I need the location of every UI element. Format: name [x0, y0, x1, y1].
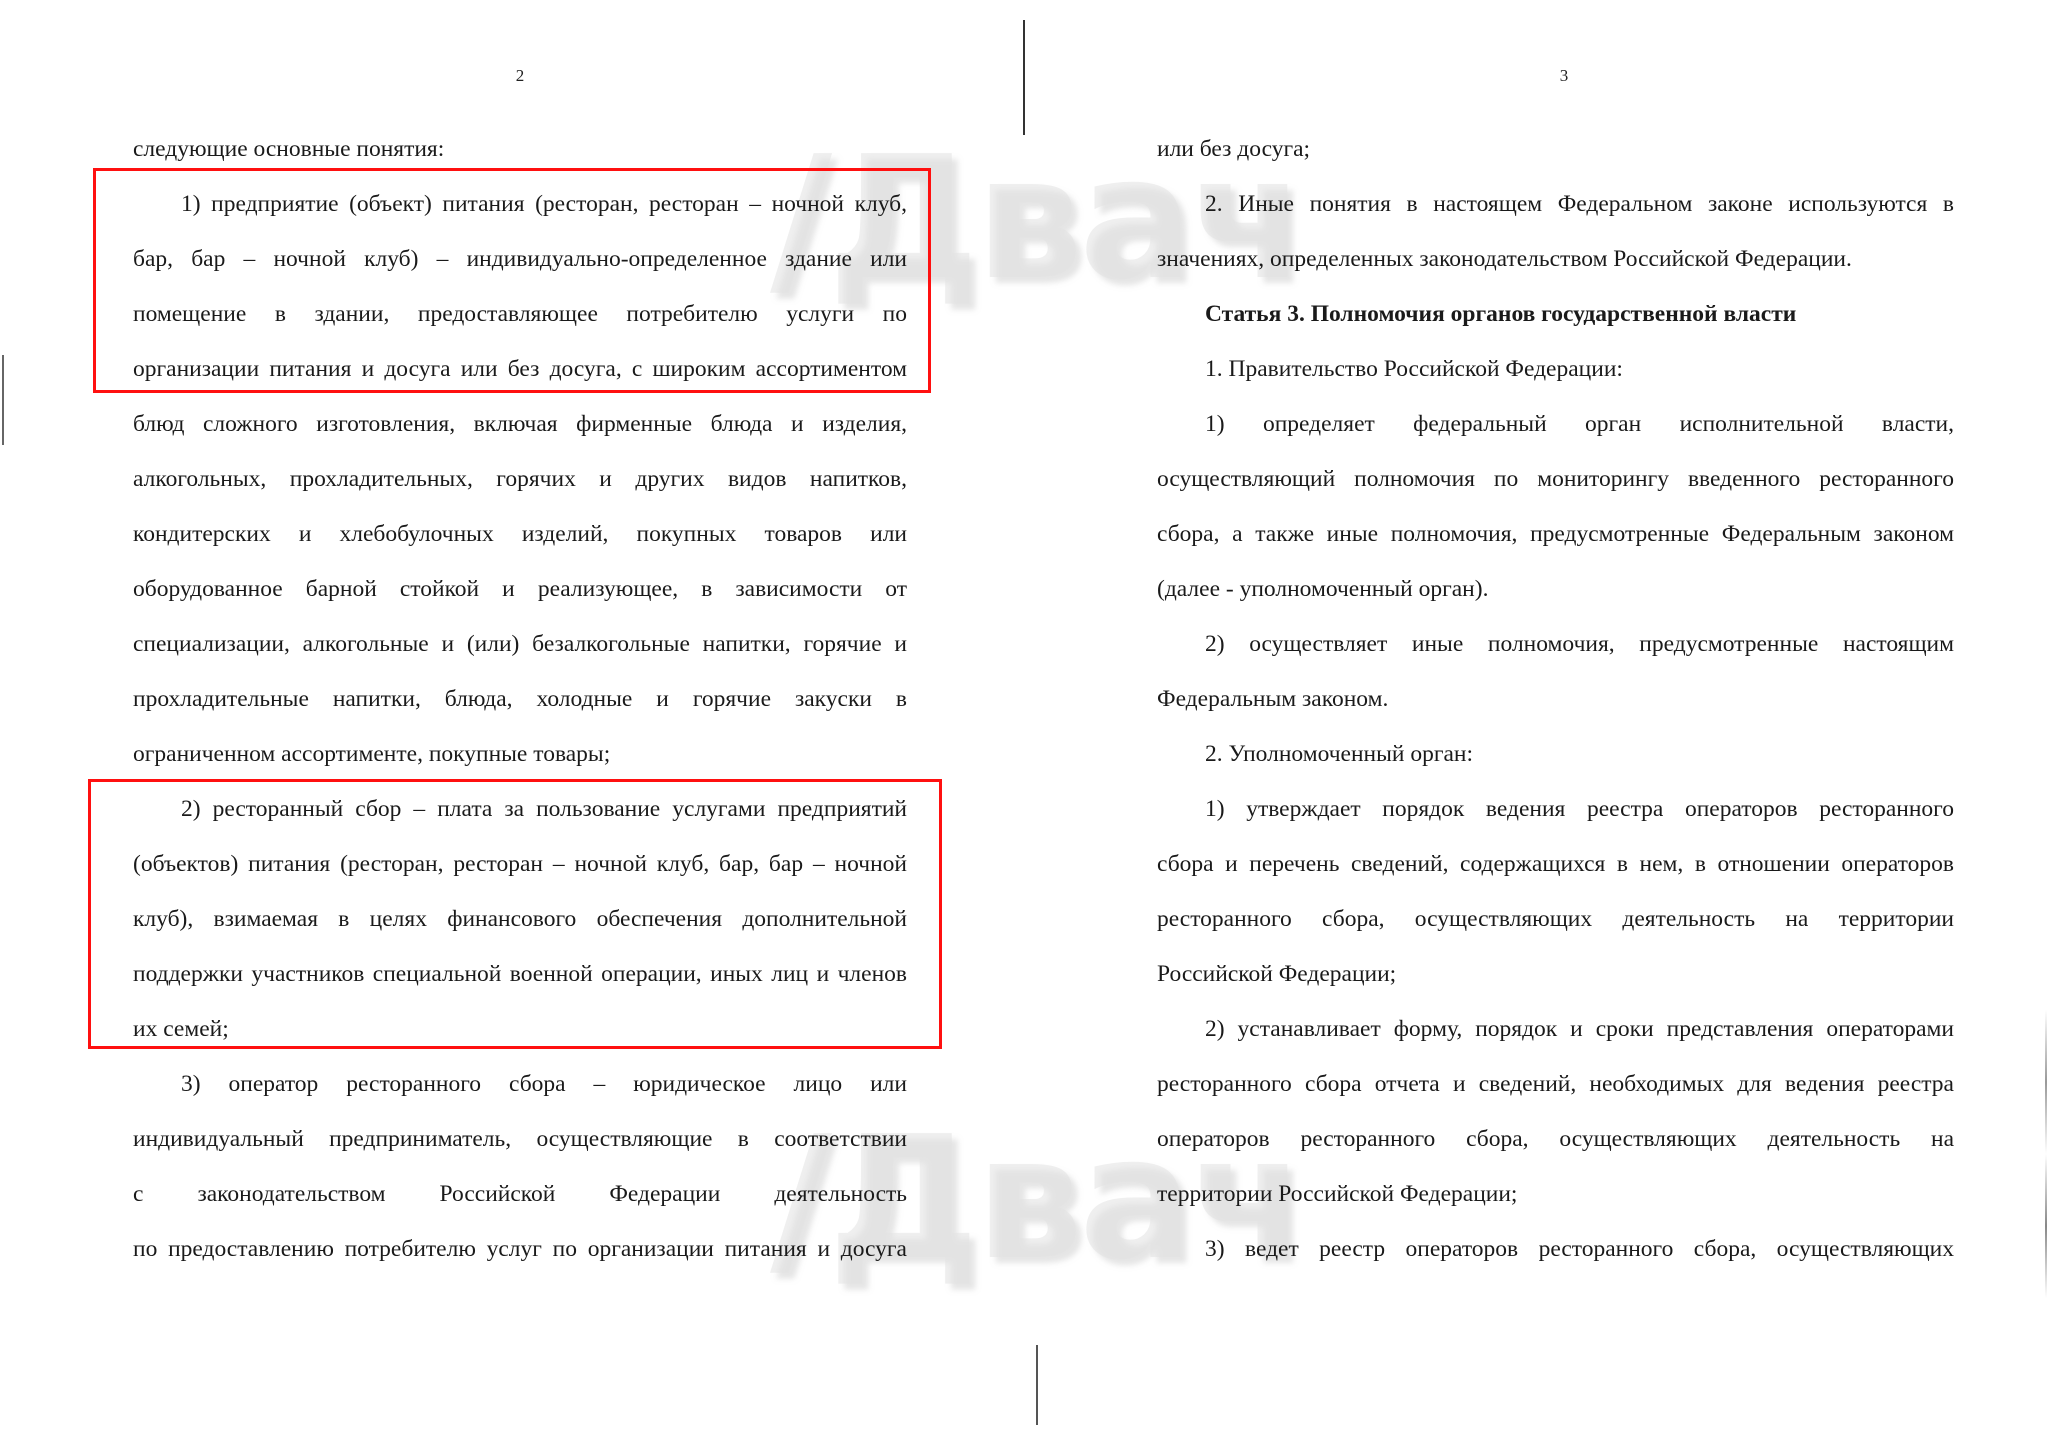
text-line: или без досуга; [1157, 122, 1954, 177]
text-line: по предоставлению потребителю услуг по о… [133, 1222, 907, 1277]
text-line: специализации, алкогольные и (или) безал… [133, 617, 907, 672]
text-line: прохладительные напитки, блюда, холодные… [133, 672, 907, 727]
text-line: блюд сложного изготовления, включая фирм… [133, 397, 907, 452]
scan-edge [2, 355, 4, 445]
text-line: с законодательством Российской Федерации… [133, 1167, 907, 1222]
document-page-left: 2 следующие основные понятия:1) предприя… [0, 0, 1024, 1438]
text-line: 1) определяет федеральный орган исполнит… [1157, 397, 1954, 452]
text-line: 1. Правительство Российской Федерации: [1157, 342, 1954, 397]
text-line: (объектов) питания (ресторан, ресторан –… [133, 837, 907, 892]
text-line: 2) ресторанный сбор – плата за пользован… [133, 782, 907, 837]
document-page-right: 3 или без досуга;2. Иные понятия в насто… [1024, 0, 2048, 1438]
text-line: Федеральным законом. [1157, 672, 1954, 727]
text-line: 2) осуществляет иные полномочия, предусм… [1157, 617, 1954, 672]
text-line: сбора, а также иные полномочия, предусмо… [1157, 507, 1954, 562]
page-number: 2 [500, 66, 540, 86]
page-divider [1036, 1345, 1038, 1425]
text-line: 3) оператор ресторанного сбора – юридиче… [133, 1057, 907, 1112]
text-line: поддержки участников специальной военной… [133, 947, 907, 1002]
scan-edge [2045, 1010, 2047, 1370]
page-body-text: следующие основные понятия:1) предприяти… [133, 122, 907, 1277]
text-line: оборудованное барной стойкой и реализующ… [133, 562, 907, 617]
text-line: ресторанного сбора, осуществляющих деяте… [1157, 892, 1954, 947]
text-line: 1) предприятие (объект) питания (рестора… [133, 177, 907, 232]
text-line: ресторанного сбора отчета и сведений, не… [1157, 1057, 1954, 1112]
text-line: их семей; [133, 1002, 907, 1057]
text-line: 3) ведет реестр операторов ресторанного … [1157, 1222, 1954, 1277]
text-line: (далее - уполномоченный орган). [1157, 562, 1954, 617]
text-line: индивидуальный предприниматель, осуществ… [133, 1112, 907, 1167]
text-line: операторов ресторанного сбора, осуществл… [1157, 1112, 1954, 1167]
text-line: 2. Иные понятия в настоящем Федеральном … [1157, 177, 1954, 232]
page-body-text: или без досуга;2. Иные понятия в настоящ… [1157, 122, 1954, 1277]
page-divider [1023, 20, 1025, 135]
text-line: ограниченном ассортименте, покупные това… [133, 727, 907, 782]
text-line: значениях, определенных законодательство… [1157, 232, 1954, 287]
page-number: 3 [1544, 66, 1584, 86]
text-line: осуществляющий полномочия по мониторингу… [1157, 452, 1954, 507]
text-line: бар, бар – ночной клуб) – индивидуально-… [133, 232, 907, 287]
text-line: кондитерских и хлебобулочных изделий, по… [133, 507, 907, 562]
text-line: 2. Уполномоченный орган: [1157, 727, 1954, 782]
text-line: клуб), взимаемая в целях финансового обе… [133, 892, 907, 947]
article-heading: Статья 3. Полномочия органов государстве… [1157, 287, 1954, 342]
text-line: организации питания и досуга или без дос… [133, 342, 907, 397]
text-line: алкогольных, прохладительных, горячих и … [133, 452, 907, 507]
text-line: Российской Федерации; [1157, 947, 1954, 1002]
text-line: сбора и перечень сведений, содержащихся … [1157, 837, 1954, 892]
text-line: 1) утверждает порядок ведения реестра оп… [1157, 782, 1954, 837]
text-line: 2) устанавливает форму, порядок и сроки … [1157, 1002, 1954, 1057]
text-line: территории Российской Федерации; [1157, 1167, 1954, 1222]
text-line: помещение в здании, предоставляющее потр… [133, 287, 907, 342]
text-line: следующие основные понятия: [133, 122, 907, 177]
